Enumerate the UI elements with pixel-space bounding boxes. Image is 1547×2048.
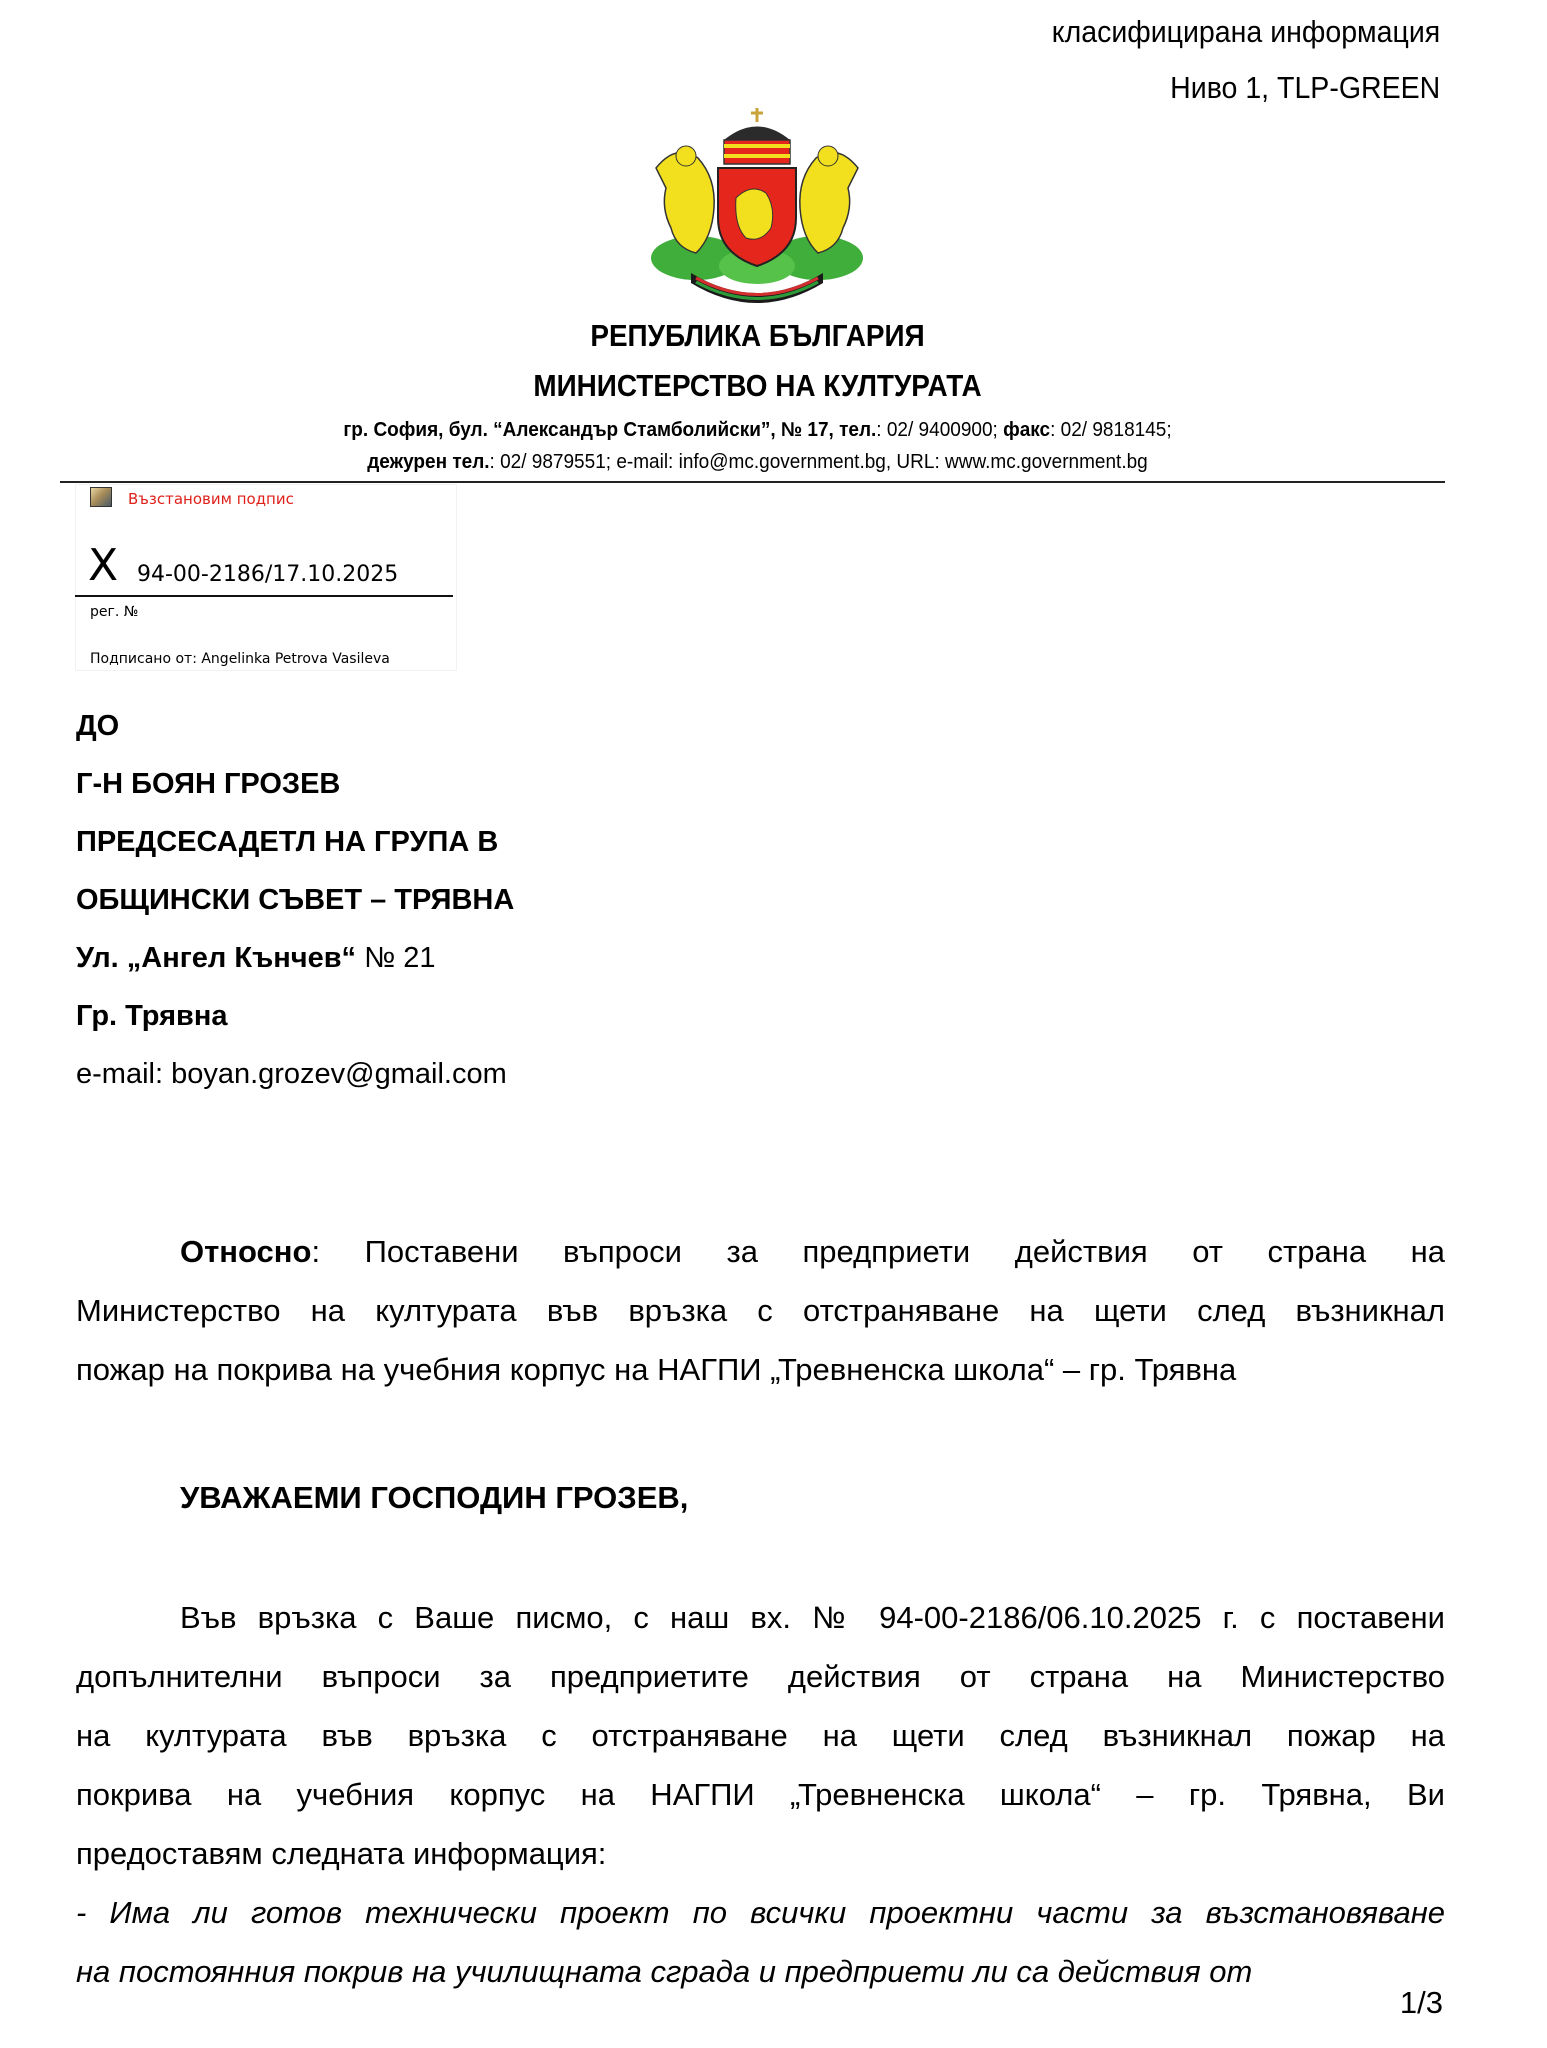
coat-of-arms-icon	[636, 108, 878, 308]
addressee-name: Г-Н БОЯН ГРОЗЕВ	[76, 768, 340, 801]
subject-line-3: пожар на покрива на учебния корпус на НА…	[76, 1340, 1445, 1399]
body-paragraph: Във връзка с Ваше писмо, с наш вх. № 94-…	[76, 1588, 1445, 2001]
address-fax-label: факс	[1003, 419, 1050, 441]
addressee-title-2: ОБЩИНСКИ СЪВЕТ – ТРЯВНА	[76, 884, 514, 917]
addressee-to: ДО	[76, 710, 119, 743]
addressee-street-name: Ул. „Ангел Кънчев“	[76, 942, 356, 974]
country-title: РЕПУБЛИКА БЪЛГАРИЯ	[76, 318, 1440, 354]
signed-by: Подписано от: Angelinka Petrova Vasileva	[90, 651, 390, 667]
subject-paragraph: Относно: Поставени въпроси за предприети…	[76, 1222, 1445, 1399]
subject-line-2: Министерство на културата във връзка с о…	[76, 1281, 1445, 1340]
addressee-title-1: ПРЕДСЕСАДЕТЛ НА ГРУПА В	[76, 826, 498, 859]
salutation: УВАЖАЕМИ ГОСПОДИН ГРОЗЕВ,	[180, 1480, 688, 1516]
classification-label: класифицирана информация	[1052, 4, 1440, 60]
header-divider	[60, 481, 1445, 483]
page-number: 1/3	[1400, 1985, 1443, 2021]
signature-line	[75, 595, 453, 597]
duty-tel-and-contacts: : 02/ 9879551; e-mail: info@mc.governmen…	[490, 451, 1148, 473]
subject-label: Относно	[180, 1234, 311, 1269]
body-line-3: на културата във връзка с отстраняване н…	[76, 1706, 1445, 1765]
question-line-1: - Има ли готов технически проект по всич…	[76, 1883, 1445, 1942]
registration-number: 94-00-2186/17.10.2025	[137, 562, 398, 587]
addressee-street-number: № 21	[356, 942, 435, 974]
classification-level: Ниво 1, TLP-GREEN	[1052, 60, 1440, 116]
classification-marking: класифицирана информация Ниво 1, TLP-GRE…	[1052, 4, 1440, 116]
body-line-4: покрива на учебния корпус на НАГПИ „Трев…	[76, 1765, 1445, 1824]
signature-type-label: Възстановим подпис	[128, 490, 294, 508]
subject-line-1: Относно: Поставени въпроси за предприети…	[76, 1222, 1445, 1281]
ministry-address-line-2: дежурен тел.: 02/ 9879551; e-mail: info@…	[38, 451, 1477, 474]
ministry-address-line-1: гр. София, бул. “Александър Стамболийски…	[38, 419, 1477, 442]
question-line-2: на постоянния покрив на училищната сград…	[76, 1942, 1445, 2001]
body-line-5: предоставям следната информация:	[76, 1824, 1445, 1883]
address-tel: : 02/ 9400900;	[876, 419, 1003, 441]
address-city-label: гр. София, бул. “Александър Стамболийски…	[343, 419, 876, 441]
signature-mark: X	[88, 540, 118, 591]
signature-image-icon	[90, 487, 112, 507]
addressee-email[interactable]: e-mail: boyan.grozev@gmail.com	[76, 1058, 507, 1091]
registration-label: рег. №	[90, 604, 138, 620]
address-fax: : 02/ 9818145;	[1050, 419, 1171, 441]
addressee-city: Гр. Трявна	[76, 1000, 228, 1033]
addressee-street: Ул. „Ангел Кънчев“ № 21	[76, 942, 436, 975]
ministry-title: МИНИСТЕРСТВО НА КУЛТУРАТА	[76, 368, 1440, 404]
duty-tel-label: дежурен тел.	[367, 451, 489, 473]
body-line-2: допълнителни въпроси за предприетите дей…	[76, 1647, 1445, 1706]
body-line-1: Във връзка с Ваше писмо, с наш вх. № 94-…	[76, 1588, 1445, 1647]
